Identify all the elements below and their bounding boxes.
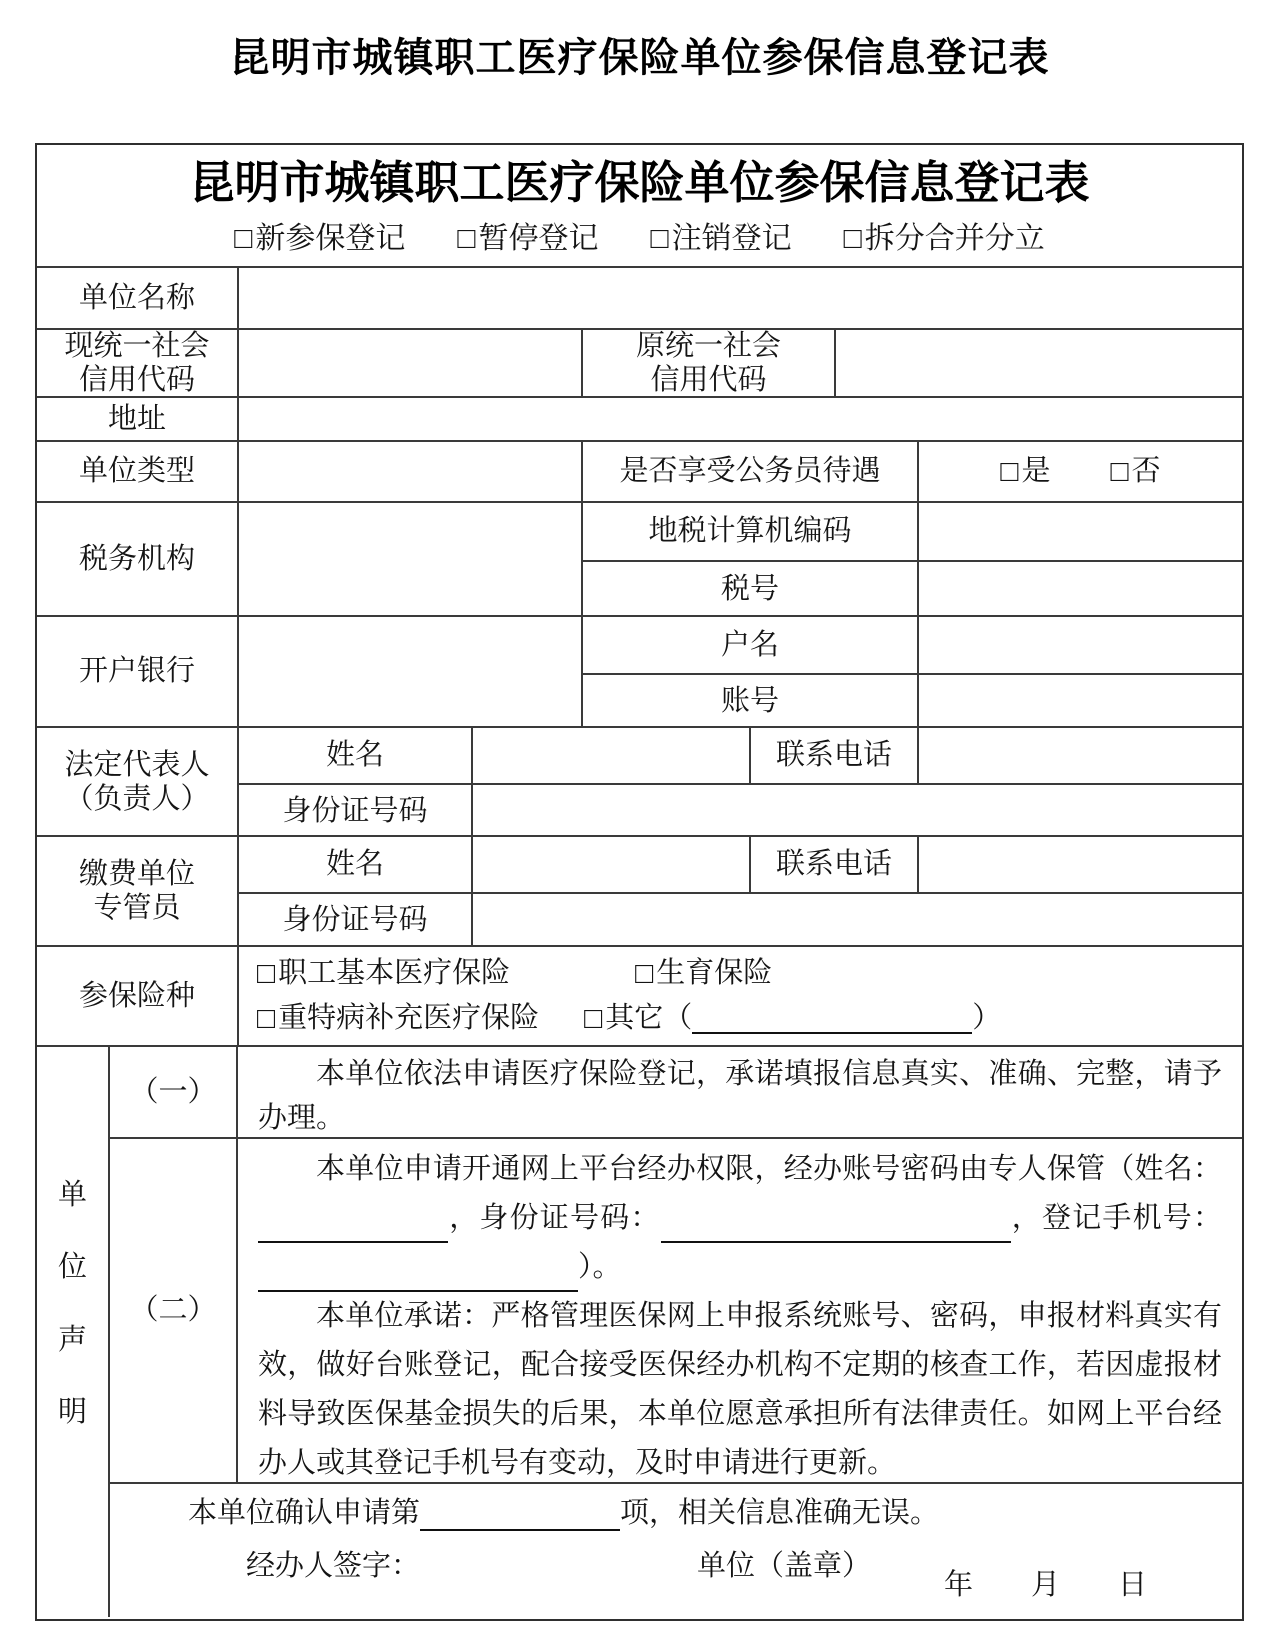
address-input-cell[interactable]	[237, 398, 1242, 440]
legal-rep-id-input-cell[interactable]	[471, 785, 1242, 837]
local-tax-computer-code-input-cell[interactable]	[917, 503, 1242, 560]
payer-admin-name-input-cell[interactable]	[471, 837, 749, 892]
checkbox-yes-icon[interactable]: □	[1000, 453, 1018, 491]
bank-label: 开户银行	[37, 617, 237, 726]
legal-rep-phone-label: 联系电话	[749, 728, 917, 783]
unit-name-label: 单位名称	[37, 268, 237, 328]
tax-number-input-cell[interactable]	[917, 562, 1242, 617]
checkbox-no-icon[interactable]: □	[1111, 453, 1129, 491]
option-yes[interactable]: □ 是	[1000, 453, 1050, 491]
local-tax-computer-code-label: 地税计算机编码	[581, 503, 917, 560]
payer-admin-id-input-cell[interactable]	[471, 894, 1242, 947]
declaration-section-label: 单 位 声 明	[37, 1047, 108, 1615]
current-credit-code-label: 现统一社会 信用代码	[37, 330, 237, 396]
page-title: 昆明市城镇职工医疗保险单位参保信息登记表	[0, 26, 1279, 83]
legal-rep-label: 法定代表人 （负责人）	[37, 728, 237, 835]
option-cancel-registration[interactable]: □ 注销登记	[651, 220, 792, 258]
bank-input-cell[interactable]	[237, 617, 581, 726]
unit-type-label: 单位类型	[37, 442, 237, 501]
account-number-input-cell[interactable]	[917, 675, 1242, 728]
payer-admin-name-label: 姓名	[237, 837, 471, 892]
option-label: 生育保险	[656, 955, 772, 991]
option-suspend-registration[interactable]: □ 暂停登记	[457, 220, 598, 258]
no-label: 否	[1132, 453, 1161, 489]
payer-admin-label: 缴费单位 专管员	[37, 837, 237, 945]
unit-seal-label: 单位（盖章）	[697, 1548, 871, 1584]
operator-id-blank-field[interactable]	[661, 1212, 1011, 1243]
option-serious-illness-insurance[interactable]: □ 重特病补充医疗保险	[257, 1000, 539, 1038]
option-maternity-insurance[interactable]: □ 生育保险	[635, 955, 772, 993]
declaration-item2-text-cell: 本单位申请开通网上平台经办权限，经办账号密码由专人保管（姓名：，身份证号码：，登…	[236, 1139, 1242, 1482]
civil-servant-answer-cell: □ 是 □ 否	[917, 442, 1242, 501]
declaration-item2-paragraph2: 本单位承诺：严格管理医保网上申报系统账号、密码，申报材料真实有效，做好台账登记，…	[258, 1292, 1222, 1482]
civil-servant-question-label: 是否享受公务员待遇	[581, 442, 917, 501]
option-label: 暂停登记	[479, 220, 599, 258]
original-credit-code-label: 原统一社会 信用代码	[581, 330, 834, 396]
option-split-merge[interactable]: □ 拆分合并分立	[844, 220, 1045, 258]
legal-rep-phone-input-cell[interactable]	[917, 728, 1242, 783]
yes-label: 是	[1021, 453, 1050, 489]
registration-type-options: □ 新参保登记 □ 暂停登记 □ 注销登记 □ 拆分合并分立	[234, 220, 1045, 258]
insurance-types-label: 参保险种	[37, 947, 237, 1045]
option-label: 重特病补充医疗保险	[278, 1000, 539, 1036]
payer-admin-phone-label: 联系电话	[749, 837, 917, 892]
confirm-item-blank-field[interactable]	[420, 1500, 620, 1531]
confirmation-line: 本单位确认申请第项，相关信息准确无误。	[188, 1495, 1242, 1531]
unit-name-input-cell[interactable]	[237, 268, 1242, 328]
legal-rep-id-label: 身份证号码	[237, 785, 471, 837]
tax-agency-label: 税务机构	[37, 503, 237, 615]
tax-agency-input-cell[interactable]	[237, 503, 581, 615]
address-label: 地址	[37, 398, 237, 440]
option-label: 其它（	[605, 1000, 692, 1036]
checkbox-new-registration-icon[interactable]: □	[234, 220, 252, 258]
operator-name-blank-field[interactable]	[258, 1212, 448, 1243]
option-label: 拆分合并分立	[865, 220, 1045, 258]
option-new-registration[interactable]: □ 新参保登记	[234, 220, 405, 258]
legal-rep-name-input-cell[interactable]	[471, 728, 749, 783]
option-other-insurance[interactable]: □ 其它（ ）	[584, 1000, 1001, 1038]
legal-rep-name-label: 姓名	[237, 728, 471, 783]
account-name-input-cell[interactable]	[917, 617, 1242, 673]
option-basic-medical-insurance[interactable]: □ 职工基本医疗保险	[257, 955, 510, 993]
current-credit-code-input-cell[interactable]	[237, 330, 581, 396]
other-insurance-blank-field[interactable]	[692, 1003, 972, 1034]
option-no[interactable]: □ 否	[1111, 453, 1161, 491]
declaration-item1-text-cell: 本单位依法申请医疗保险登记，承诺填报信息真实、准确、完整，请予办理。	[236, 1047, 1242, 1137]
table-title: 昆明市城镇职工医疗保险单位参保信息登记表	[189, 158, 1089, 208]
checkbox-serious-illness-icon[interactable]: □	[257, 1000, 275, 1038]
date-line[interactable]: 年 月 日	[944, 1567, 1147, 1603]
checkbox-basic-medical-icon[interactable]: □	[257, 955, 275, 993]
declaration-item2-number: （二）	[108, 1139, 236, 1482]
checkbox-split-merge-icon[interactable]: □	[844, 220, 862, 258]
declaration-item1-number: （一）	[108, 1047, 236, 1137]
unit-type-input-cell[interactable]	[237, 442, 581, 501]
payer-admin-phone-input-cell[interactable]	[917, 837, 1242, 892]
original-credit-code-input-cell[interactable]	[834, 330, 1242, 396]
confirmation-cell: 本单位确认申请第项，相关信息准确无误。 经办人签字： 单位（盖章） 年 月 日	[108, 1484, 1242, 1617]
option-label: 新参保登记	[255, 220, 405, 258]
table-header-cell: 昆明市城镇职工医疗保险单位参保信息登记表 □ 新参保登记 □ 暂停登记 □ 注销…	[37, 145, 1242, 266]
checkbox-cancel-registration-icon[interactable]: □	[651, 220, 669, 258]
checkbox-suspend-registration-icon[interactable]: □	[457, 220, 475, 258]
operator-phone-blank-field[interactable]	[258, 1261, 578, 1292]
signature-label[interactable]: 经办人签字：	[246, 1548, 420, 1584]
option-label: 职工基本医疗保险	[278, 955, 510, 991]
insurance-options-cell: □ 职工基本医疗保险 □ 生育保险 □ 重特病补充医疗保险 □ 其它（ ）	[237, 947, 1242, 1045]
account-number-label: 账号	[581, 675, 917, 728]
registration-form-table: 昆明市城镇职工医疗保险单位参保信息登记表 □ 新参保登记 □ 暂停登记 □ 注销…	[35, 143, 1244, 1621]
declaration-item1-text: 本单位依法申请医疗保险登记，承诺填报信息真实、准确、完整，请予办理。	[258, 1049, 1222, 1137]
payer-admin-id-label: 身份证号码	[237, 894, 471, 947]
checkbox-maternity-icon[interactable]: □	[635, 955, 653, 993]
option-label: 注销登记	[672, 220, 792, 258]
tax-number-label: 税号	[581, 562, 917, 617]
account-name-label: 户名	[581, 617, 917, 673]
declaration-item2-paragraph1: 本单位申请开通网上平台经办权限，经办账号密码由专人保管（姓名：，身份证号码：，登…	[258, 1145, 1222, 1292]
option-label: ）	[972, 1000, 1001, 1036]
checkbox-other-icon[interactable]: □	[584, 1000, 602, 1038]
